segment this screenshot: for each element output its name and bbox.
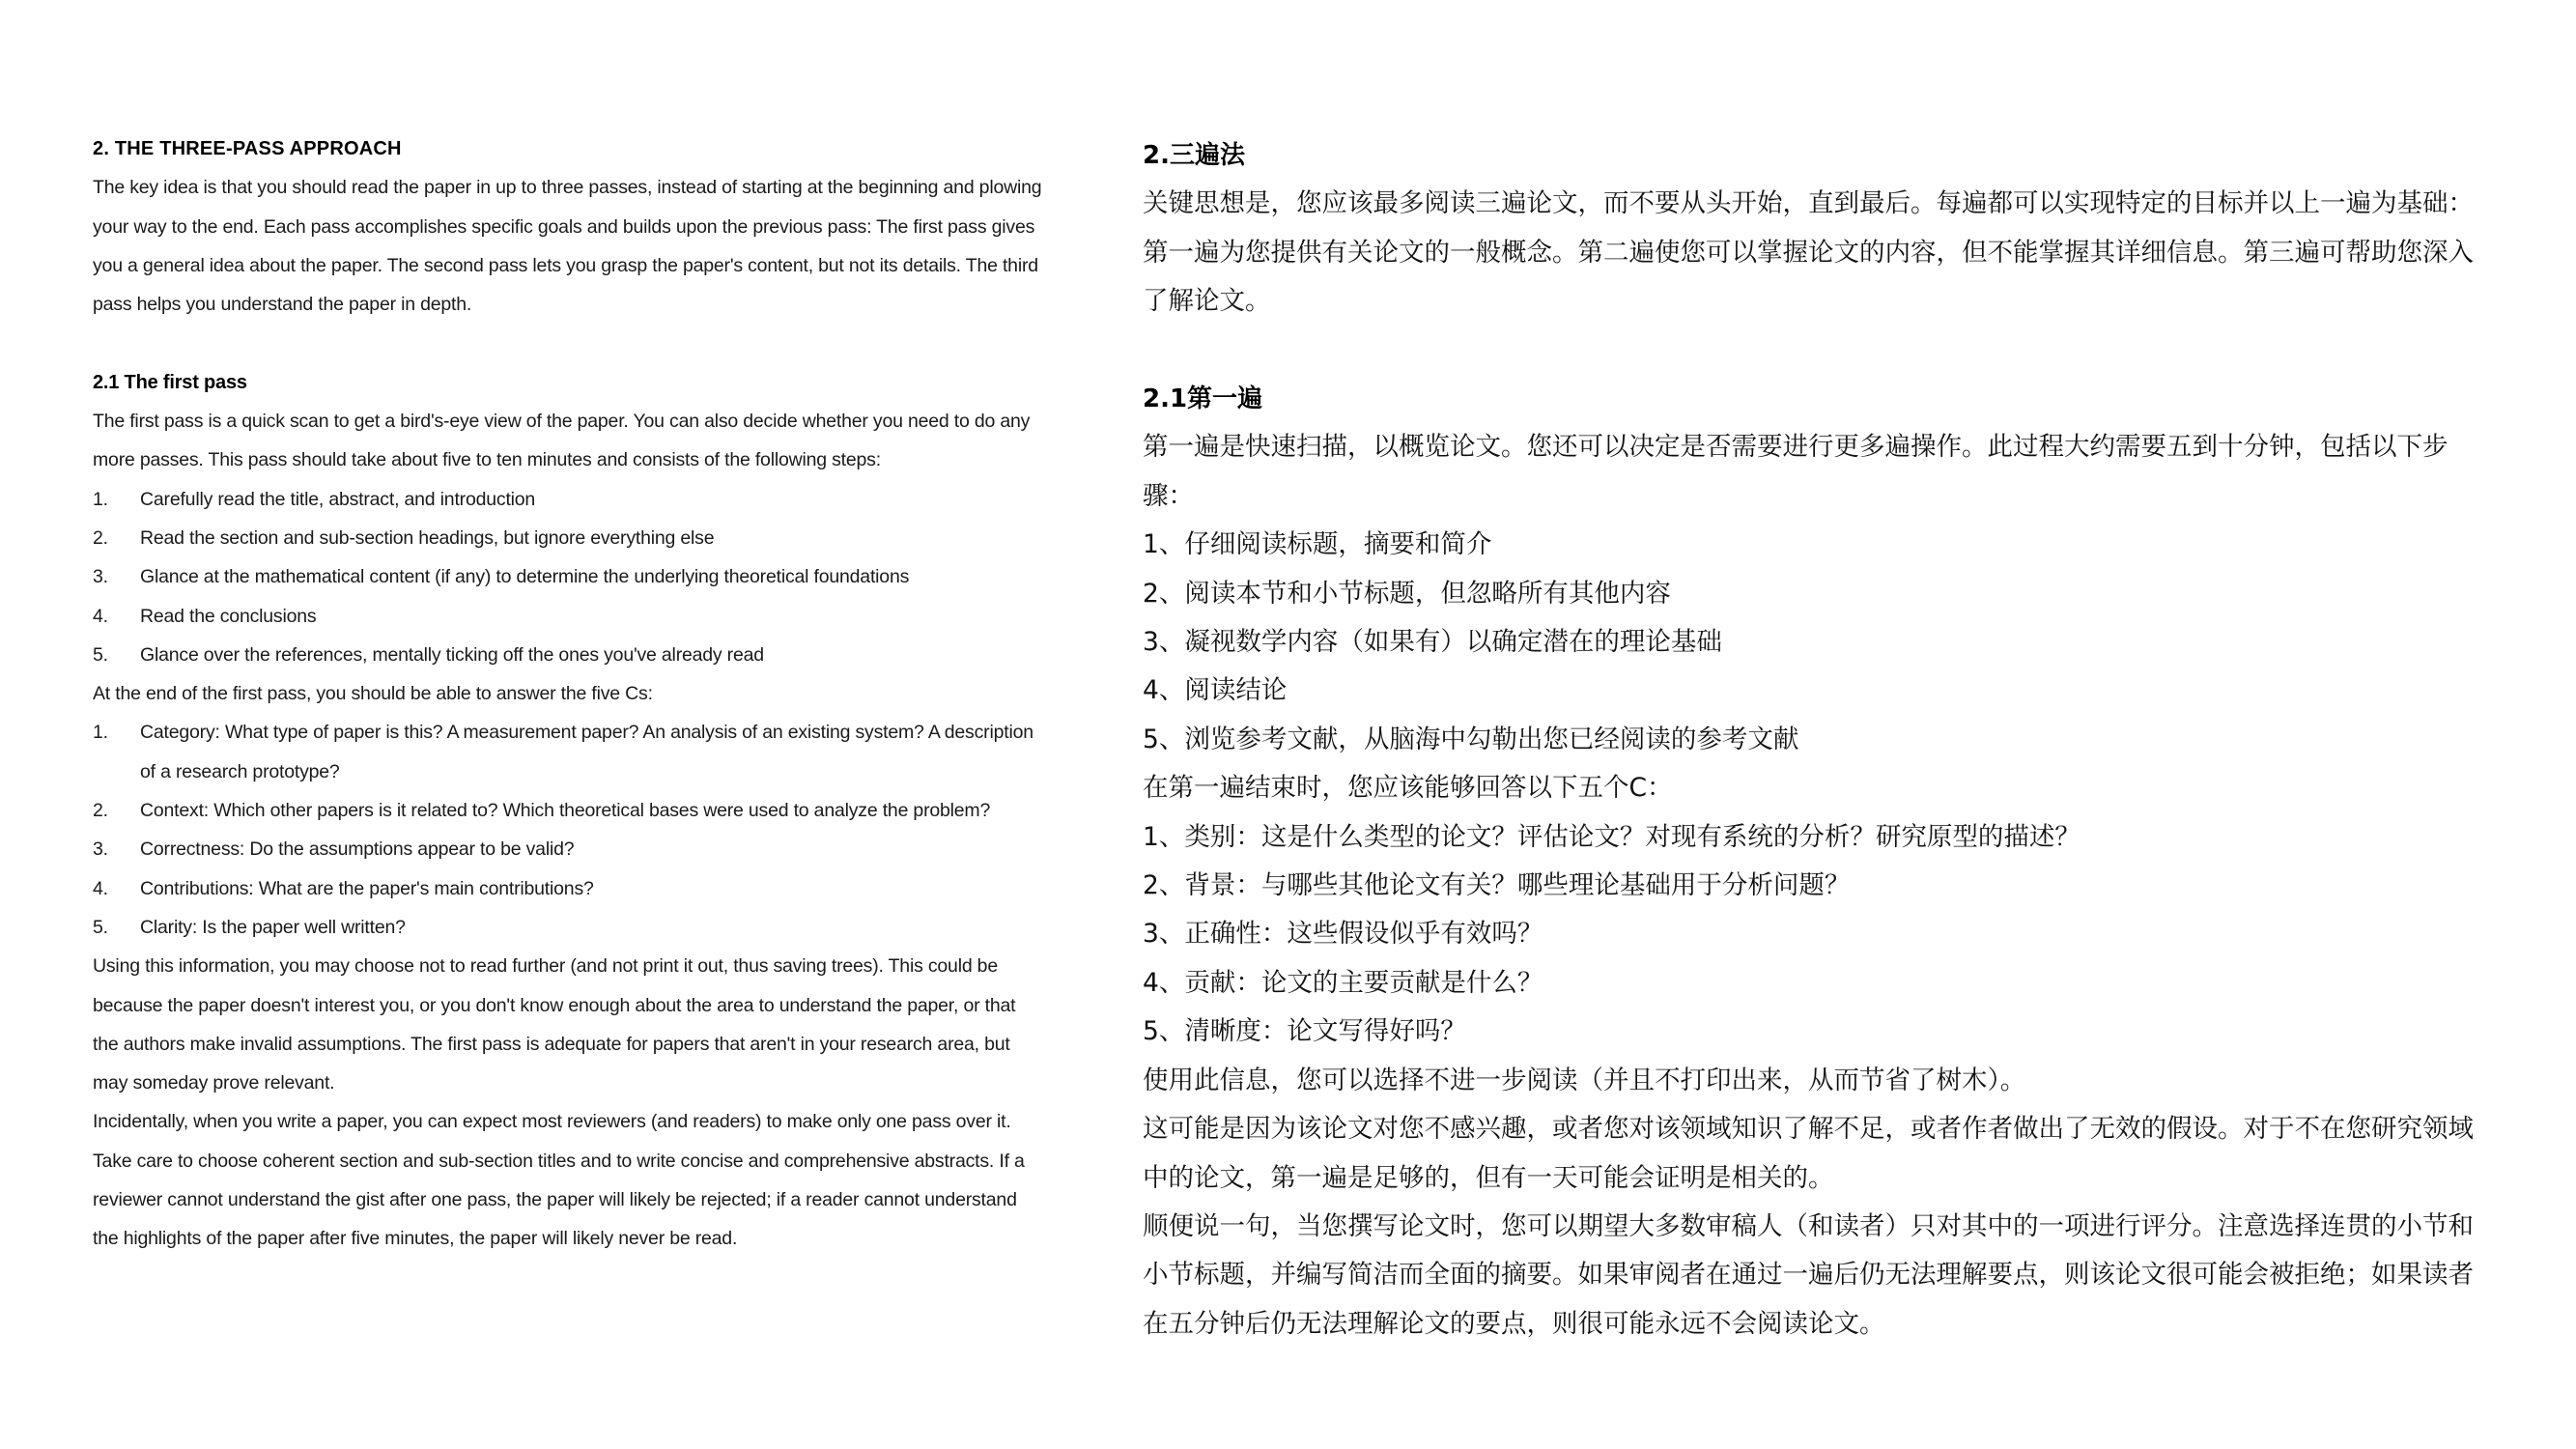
list-text: Context: Which other papers is it relate… [140,800,990,821]
list-item: 4、阅读结论 [1143,667,2495,715]
first-pass-intro-en: The first pass is a quick scan to get a … [93,402,1044,480]
list-item: 1.Category: What type of paper is this? … [93,713,1044,791]
list-text: Carefully read the title, abstract, and … [140,489,535,510]
list-item: 4、贡献：论文的主要贡献是什么？ [1143,959,2495,1008]
list-item: 4.Contributions: What are the paper's ma… [93,869,1044,908]
list-text: Category: What type of paper is this? A … [140,722,1033,781]
list-item: 4.Read the conclusions [93,597,1044,636]
could-be-paragraph-zh: 这可能是因为该论文对您不感兴趣，或者您对该领域知识了解不足，或者作者做出了无效的… [1143,1105,2495,1203]
subsection-title-en: 2.1 The first pass [93,363,1044,402]
list-item: 5、清晰度：论文写得好吗？ [1143,1008,2495,1056]
subsection-title-zh: 2.1第一遍 [1143,375,2495,423]
list-text: Glance over the references, mentally tic… [140,644,764,666]
steps-list-en: 1.Carefully read the title, abstract, an… [93,480,1044,674]
list-item: 5、浏览参考文献，从脑海中勾勒出您已经阅读的参考文献 [1143,716,2495,764]
list-number: 2. [93,519,108,557]
list-number: 4. [93,597,108,636]
list-text: Clarity: Is the paper well written? [140,917,406,938]
list-number: 5. [93,908,108,947]
section-title-zh: 2.三遍法 [1143,131,2495,180]
list-item: 2、阅读本节和小节标题，但忽略所有其他内容 [1143,570,2495,618]
list-number: 3. [93,830,108,868]
list-number: 2. [93,791,108,830]
section-title-en: 2. THE THREE-PASS APPROACH [93,129,1044,168]
list-item: 2.Read the section and sub-section headi… [93,519,1044,557]
five-cs-intro-zh: 在第一遍结束时，您应该能够回答以下五个C： [1143,764,2495,812]
using-info-paragraph-en: Using this information, you may choose n… [93,947,1044,1102]
spacer [93,324,1044,362]
english-column: 2. THE THREE-PASS APPROACH The key idea … [93,129,1044,1259]
list-number: 1. [93,480,108,519]
incidentally-paragraph-en: Incidentally, when you write a paper, yo… [93,1102,1044,1258]
list-item: 2、背景：与哪些其他论文有关？哪些理论基础用于分析问题？ [1143,862,2495,910]
spacer [1143,327,2495,375]
steps-list-zh: 1、仔细阅读标题，摘要和简介 2、阅读本节和小节标题，但忽略所有其他内容 3、凝… [1143,521,2495,764]
list-item: 5.Glance over the references, mentally t… [93,636,1044,674]
document-page: 2. THE THREE-PASS APPROACH The key idea … [0,0,2576,1449]
using-info-paragraph-zh: 使用此信息，您可以选择不进一步阅读（并且不打印出来，从而节省了树木）。 [1143,1057,2495,1105]
list-number: 5. [93,636,108,674]
list-item: 5.Clarity: Is the paper well written? [93,908,1044,947]
five-cs-list-en: 1.Category: What type of paper is this? … [93,713,1044,947]
list-item: 1、仔细阅读标题，摘要和简介 [1143,521,2495,569]
intro-paragraph-zh: 关键思想是，您应该最多阅读三遍论文，而不要从头开始，直到最后。每遍都可以实现特定… [1143,180,2495,326]
list-text: Read the section and sub-section heading… [140,527,714,549]
list-text: Correctness: Do the assumptions appear t… [140,838,574,860]
list-item: 3、凝视数学内容（如果有）以确定潜在的理论基础 [1143,618,2495,667]
intro-paragraph-en: The key idea is that you should read the… [93,168,1044,324]
list-text: Contributions: What are the paper's main… [140,878,594,899]
list-item: 2.Context: Which other papers is it rela… [93,791,1044,830]
list-text: Read the conclusions [140,606,316,627]
list-item: 1.Carefully read the title, abstract, an… [93,480,1044,519]
list-item: 3.Correctness: Do the assumptions appear… [93,830,1044,868]
five-cs-list-zh: 1、类别：这是什么类型的论文？评估论文？对现有系统的分析？研究原型的描述？ 2、… [1143,813,2495,1057]
list-text: Glance at the mathematical content (if a… [140,566,909,587]
list-item: 3.Glance at the mathematical content (if… [93,557,1044,596]
incidentally-paragraph-zh: 顺便说一句，当您撰写论文时，您可以期望大多数审稿人（和读者）只对其中的一项进行评… [1143,1203,2495,1349]
list-item: 3、正确性：这些假设似乎有效吗？ [1143,910,2495,958]
list-item: 1、类别：这是什么类型的论文？评估论文？对现有系统的分析？研究原型的描述？ [1143,813,2495,862]
list-number: 3. [93,557,108,596]
first-pass-intro-zh: 第一遍是快速扫描，以概览论文。您还可以决定是否需要进行更多遍操作。此过程大约需要… [1143,423,2495,521]
list-number: 1. [93,713,108,752]
chinese-column: 2.三遍法 关键思想是，您应该最多阅读三遍论文，而不要从头开始，直到最后。每遍都… [1143,131,2495,1349]
five-cs-intro-en: At the end of the first pass, you should… [93,674,1044,713]
list-number: 4. [93,869,108,908]
